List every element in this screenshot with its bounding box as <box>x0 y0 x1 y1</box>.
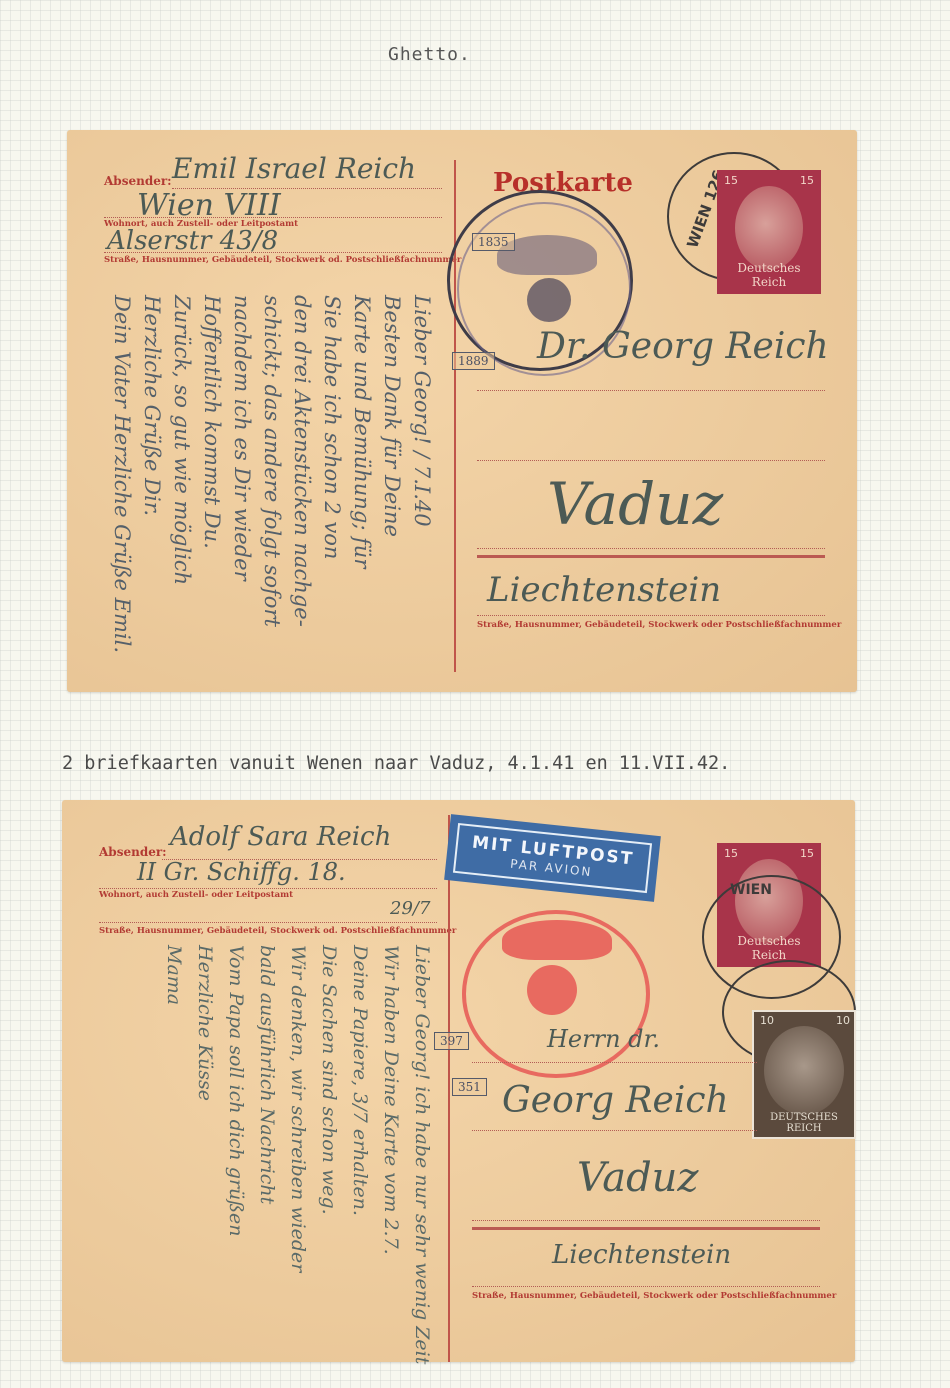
dotted-line <box>477 460 825 461</box>
postcard-1: Absender: Emil Israel Reich Wien VIII Wo… <box>67 130 857 692</box>
dotted-line <box>472 1220 820 1221</box>
message-line: Karte und Bemühung; für <box>347 295 377 653</box>
stamp-value: 15 <box>800 174 814 187</box>
airmail-label: MIT LUFTPOST PAR AVION <box>444 814 660 902</box>
censor-box-2: 351 <box>452 1078 487 1096</box>
strasse-label: Straße, Hausnummer, Gebäudeteil, Stockwe… <box>99 926 456 936</box>
dotted-line <box>99 888 437 889</box>
stamp-text: DEUTSCHES REICH <box>754 1112 854 1134</box>
eagle-icon <box>502 920 612 960</box>
page-title: Ghetto. <box>388 44 471 65</box>
message-line: Hoffentlich kommst Du. <box>197 295 227 653</box>
handwritten-message: Lieber Georg! / 7.I.40 Besten Dank für D… <box>107 295 437 653</box>
dotted-line <box>472 1286 820 1287</box>
message-line: Sie habe ich schon 2 von <box>317 295 347 653</box>
card-divider <box>448 815 450 1362</box>
message-line: nachdem ich es Dir wieder <box>227 295 257 653</box>
postage-stamp-15: 15 15 Deutsches Reich <box>717 170 821 294</box>
handwritten-message: Lieber Georg! ich habe nur sehr wenig Ze… <box>158 945 437 1364</box>
recipient-city: Vaduz <box>547 470 723 538</box>
card-divider <box>454 160 456 672</box>
caption-line: 2 briefkaarten vanuit Wenen naar Vaduz, … <box>62 752 922 775</box>
swastika-wreath-icon <box>527 965 577 1015</box>
postage-stamp-10: 10 10 DEUTSCHES REICH <box>752 1010 856 1139</box>
recipient-city: Vaduz <box>577 1155 699 1201</box>
message-line: bald ausführlich Nachricht <box>251 945 282 1364</box>
message-line: Wir denken, wir schreiben wieder <box>282 945 313 1364</box>
strasse-label: Straße, Hausnummer, Gebäudeteil, Stockwe… <box>104 255 461 265</box>
stamp-value: 15 <box>724 847 738 860</box>
message-line: Lieber Georg! ich habe nur sehr wenig Ze… <box>406 945 437 1364</box>
recipient-name: Dr. Georg Reich <box>537 326 829 367</box>
message-line: den drei Aktenstücken nachge- <box>287 295 317 653</box>
message-line: Wir haben Deine Karte vom 2.7. <box>375 945 406 1364</box>
swastika-wreath-icon <box>527 278 571 322</box>
dotted-line <box>472 1130 757 1131</box>
message-line: schickt; das andere folgt sofort <box>257 295 287 653</box>
censor-box-2: 1889 <box>452 352 495 370</box>
wohnort-label: Wohnort, auch Zustell- oder Leitpostamt <box>99 890 293 900</box>
red-rule <box>472 1227 820 1230</box>
message-line: Die Sachen sind schon weg. <box>313 945 344 1364</box>
stamp-value: 10 <box>760 1014 774 1027</box>
dotted-line <box>472 1062 757 1063</box>
message-line: Lieber Georg! / 7.I.40 <box>407 295 437 653</box>
message-line: Besten Dank für Deine <box>377 295 407 653</box>
stamp-text: Deutsches Reich <box>719 261 819 289</box>
recipient-name: Georg Reich <box>502 1080 729 1121</box>
sender-name: Adolf Sara Reich <box>170 822 391 852</box>
note-date: 29/7 <box>390 898 430 919</box>
stamp-value: 15 <box>800 847 814 860</box>
recipient-title: Herrn dr. <box>547 1025 660 1053</box>
hindenburg-portrait-icon <box>735 186 803 270</box>
postcard-2: Absender: Adolf Sara Reich II Gr. Schiff… <box>62 800 855 1362</box>
message-line: Herzliche Küsse <box>189 945 220 1364</box>
stamp-value: 10 <box>836 1014 850 1027</box>
dotted-line <box>99 922 437 923</box>
stamp-value: 15 <box>724 174 738 187</box>
sender-street: II Gr. Schiffg. 18. <box>137 858 346 886</box>
absender-label: Absender: <box>99 845 167 859</box>
message-line: Vom Papa soll ich dich grüßen <box>220 945 251 1364</box>
dotted-line <box>477 548 825 549</box>
red-rule <box>477 555 825 558</box>
message-line: Mama <box>158 945 189 1364</box>
dotted-line <box>477 390 825 391</box>
recipient-country: Liechtenstein <box>487 570 721 610</box>
censor-number-box: 1835 <box>472 233 515 251</box>
dotted-line <box>104 217 442 218</box>
message-line: Zurück, so gut wie möglich <box>167 295 197 653</box>
recipient-strasse-label: Straße, Hausnummer, Gebäudeteil, Stockwe… <box>477 620 841 630</box>
hitler-portrait-icon <box>764 1026 844 1115</box>
message-line: Herzliche Grüße Dir. <box>137 295 167 653</box>
dotted-line <box>104 252 442 253</box>
sender-name: Emil Israel Reich <box>172 152 416 185</box>
absender-label: Absender: <box>104 174 172 188</box>
message-line: Dein Vater Herzliche Grüße Emil. <box>107 295 137 653</box>
censor-box-1: 397 <box>434 1032 469 1050</box>
postmark-text: WIEN <box>730 882 772 898</box>
dotted-line <box>477 615 825 616</box>
recipient-country: Liechtenstein <box>552 1240 731 1270</box>
message-line: Deine Papiere, 3/7 erhalten. <box>344 945 375 1364</box>
recipient-strasse-label: Straße, Hausnummer, Gebäudeteil, Stockwe… <box>472 1291 836 1301</box>
